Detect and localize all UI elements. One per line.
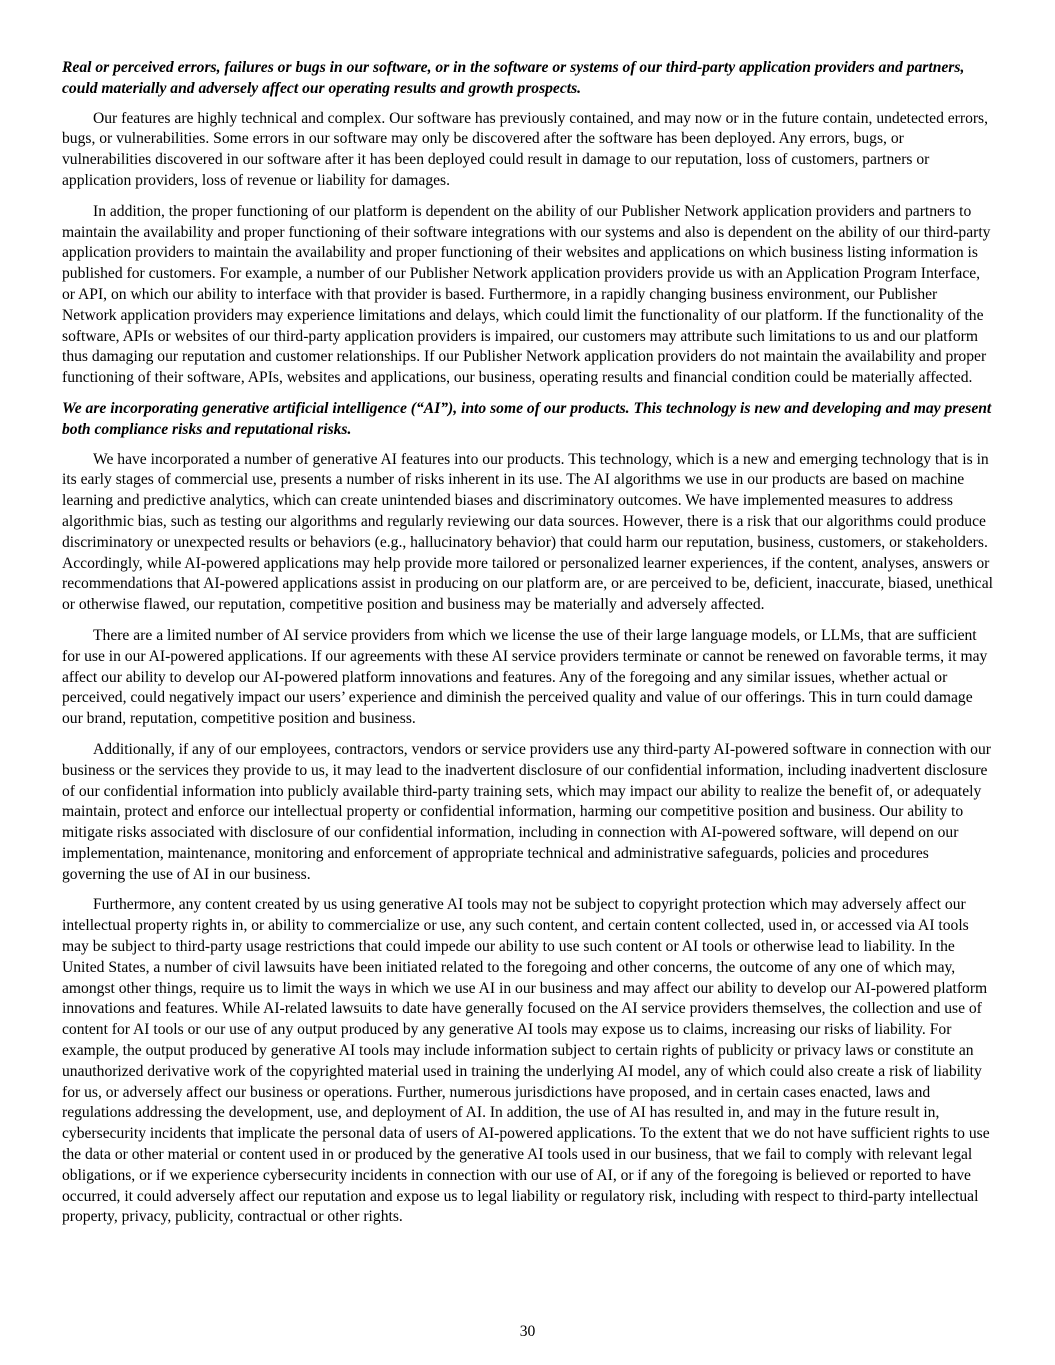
paragraph: In addition, the proper functioning of o… (62, 202, 995, 389)
section-heading: Real or perceived errors, failures or bu… (62, 58, 995, 100)
section-heading: We are incorporating generative artifici… (62, 399, 995, 441)
paragraph: Furthermore, any content created by us u… (62, 895, 995, 1228)
risk-factor-generative-ai: We are incorporating generative artifici… (62, 399, 995, 1228)
paragraph: We have incorporated a number of generat… (62, 450, 995, 616)
paragraph: There are a limited number of AI service… (62, 626, 995, 730)
paragraph: Additionally, if any of our employees, c… (62, 740, 995, 886)
paragraph: Our features are highly technical and co… (62, 109, 995, 192)
risk-factor-software-errors: Real or perceived errors, failures or bu… (62, 58, 995, 389)
page-number: 30 (0, 1322, 1055, 1342)
document-page: Real or perceived errors, failures or bu… (62, 58, 995, 1238)
